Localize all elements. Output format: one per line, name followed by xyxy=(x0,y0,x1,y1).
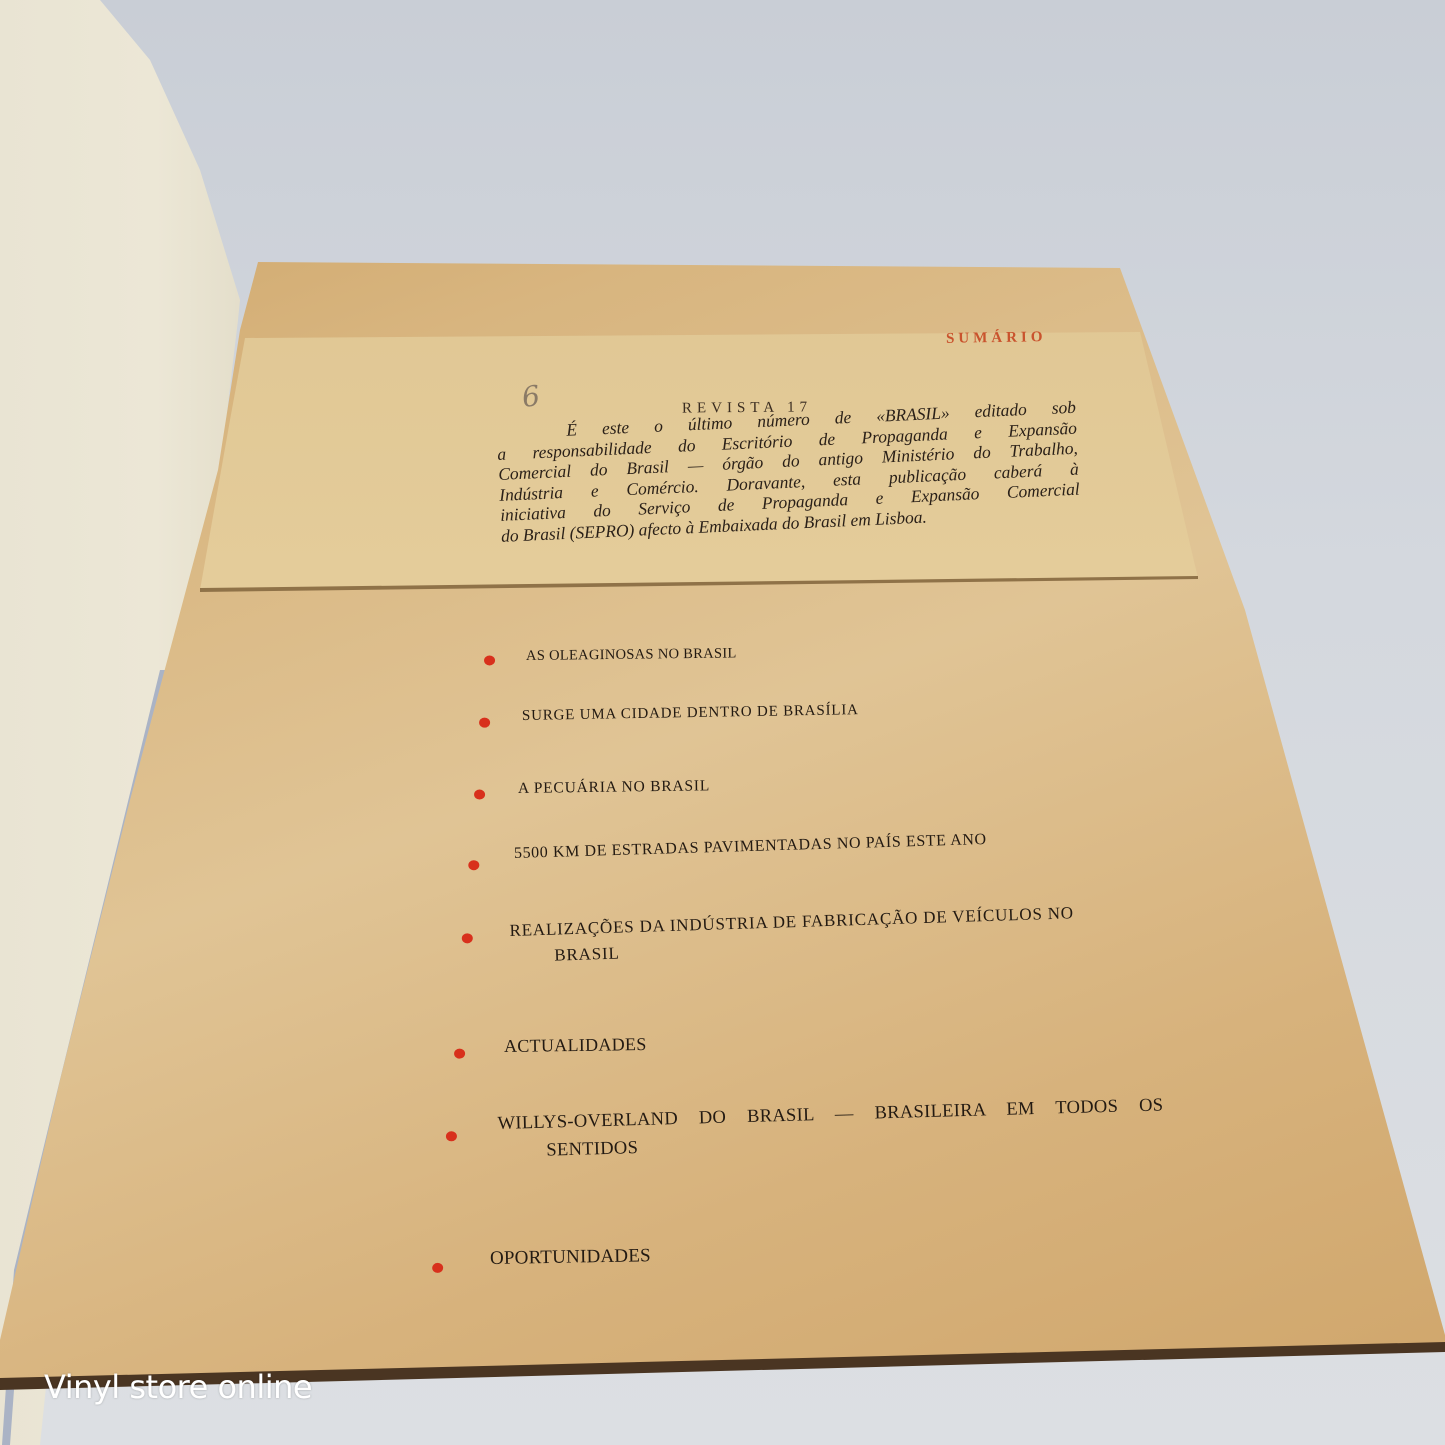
magazine-page xyxy=(0,0,1445,1445)
toc-item-label: AS OLEAGINOSAS NO BRASIL xyxy=(526,645,737,665)
store-watermark: Vinyl store online xyxy=(44,1368,312,1406)
toc-item: OPORTUNIDADES xyxy=(490,1245,651,1270)
toc-item-label: A PECUÁRIA NO BRASIL xyxy=(518,777,710,798)
toc-item-label: OPORTUNIDADES xyxy=(490,1245,651,1270)
toc-item: AS OLEAGINOSAS NO BRASIL xyxy=(526,645,737,665)
intro-paragraph: É este o último número de «BRASIL» edita… xyxy=(496,397,1081,546)
toc-item: A PECUÁRIA NO BRASIL xyxy=(518,777,710,798)
bullet-icon xyxy=(484,655,495,665)
bullet-icon xyxy=(454,1049,465,1059)
toc-item-label: ACTUALIDADES xyxy=(504,1034,647,1057)
toc-item: ACTUALIDADES xyxy=(504,1034,647,1057)
section-title: SUMÁRIO xyxy=(946,329,1047,348)
